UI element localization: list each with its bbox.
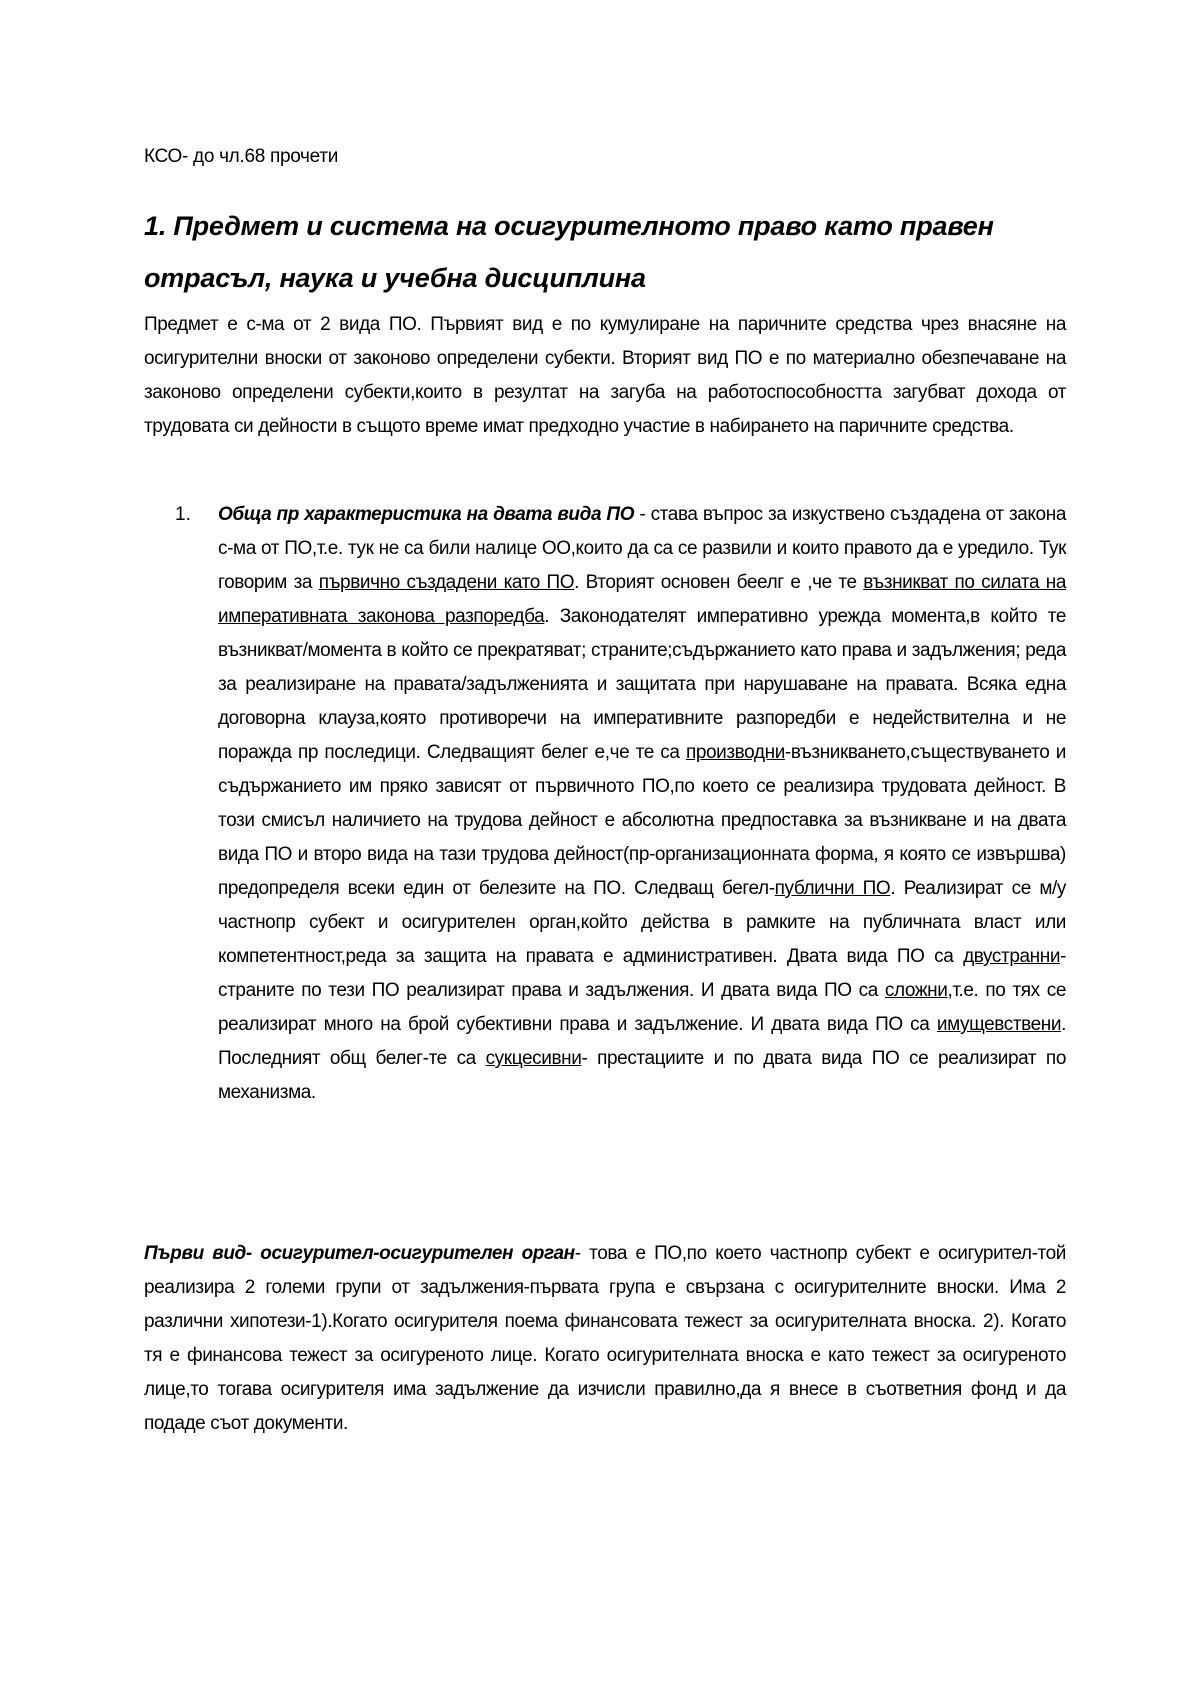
text-segment: . Законодателят императивно урежда момен…: [218, 606, 1066, 763]
list-number: 1.: [175, 498, 191, 532]
reading-note: КСО- до чл.68 прочети: [144, 146, 338, 168]
underlined-term: сложни: [885, 980, 948, 1001]
underlined-term: двустранни: [963, 946, 1060, 967]
list-item-heading: Обща пр характеристика на двата вида ПО: [218, 504, 634, 525]
section-title: 1. Предмет и система на осигурителното п…: [144, 200, 1074, 304]
underlined-term: сукцесивни: [486, 1048, 582, 1069]
text-segment: . Вторият основен беелг е ,че те: [574, 572, 863, 593]
intro-paragraph: Предмет е с-ма от 2 вида ПО. Първият вид…: [144, 308, 1066, 444]
second-paragraph: Първи вид- осигурител-осигурителен орган…: [144, 1237, 1066, 1441]
numbered-list: 1. Обща пр характеристика на двата вида …: [175, 498, 1066, 1110]
paragraph-heading: Първи вид- осигурител-осигурителен орган: [144, 1243, 575, 1264]
underlined-term: първично създадени като ПО: [319, 572, 574, 593]
underlined-term: публични ПО: [775, 878, 891, 899]
text-segment: -възникването,съществуването и съдържани…: [218, 742, 1066, 899]
paragraph-text: - това е ПО,по което частнопр субект е о…: [144, 1243, 1066, 1434]
underlined-term: производни: [686, 742, 785, 763]
list-item-text: - става въпрос за изкуствено създадена о…: [218, 504, 1066, 1103]
underlined-term: имущевствени: [937, 1014, 1061, 1035]
list-item-body: Обща пр характеристика на двата вида ПО …: [218, 498, 1066, 1110]
document-page: КСО- до чл.68 прочети 1. Предмет и систе…: [0, 0, 1200, 1698]
